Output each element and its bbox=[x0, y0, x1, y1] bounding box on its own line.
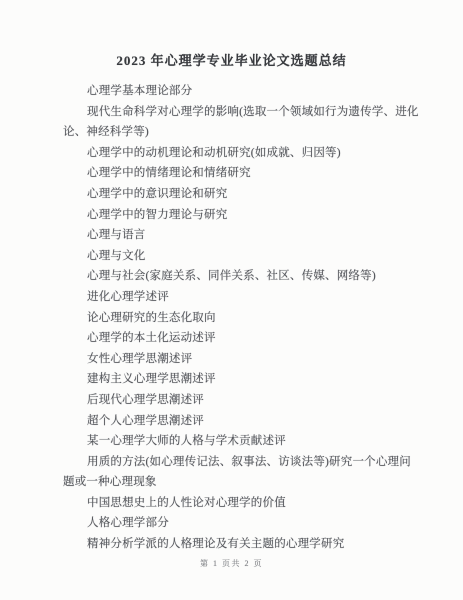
topic-item: 超个人心理学思潮述评 bbox=[63, 411, 421, 432]
topic-item: 后现代心理学思潮述评 bbox=[63, 390, 421, 411]
topic-item: 女性心理学思潮述评 bbox=[63, 349, 421, 370]
topic-item: 心理学中的智力理论与研究 bbox=[63, 205, 421, 226]
topic-item: 心理学中的意识理论和研究 bbox=[63, 184, 421, 205]
topic-item: 中国思想史上的人性论对心理学的价值 bbox=[63, 493, 421, 514]
topic-item: 精神分析学派的人格理论及有关主题的心理学研究 bbox=[63, 534, 421, 555]
topic-item: 论心理研究的生态化取向 bbox=[63, 308, 421, 329]
topic-item: 心理学中的动机理论和动机研究(如成就、归因等) bbox=[63, 143, 421, 164]
topic-item: 心理学基本理论部分 bbox=[63, 81, 421, 102]
topic-item: 心理与社会(家庭关系、同伴关系、社区、传媒、网络等) bbox=[63, 266, 421, 287]
topic-item: 心理与语言 bbox=[63, 225, 421, 246]
topic-item: 心理学的本土化运动述评 bbox=[63, 328, 421, 349]
topic-item: 某一心理学大师的人格与学术贡献述评 bbox=[63, 431, 421, 452]
document-page: 2023 年心理学专业毕业论文选题总结 心理学基本理论部分现代生命科学对心理学的… bbox=[0, 0, 463, 600]
topic-item: 心理与文化 bbox=[63, 246, 421, 267]
topic-item: 建构主义心理学思潮述评 bbox=[63, 369, 421, 390]
topic-item: 用质的方法(如心理传记法、叙事法、访谈法等)研究一个心理问题或一种心理现象 bbox=[63, 452, 421, 493]
topic-item: 人格心理学部分 bbox=[63, 513, 421, 534]
topic-list: 心理学基本理论部分现代生命科学对心理学的影响(选取一个领域如行为遗传学、进化论、… bbox=[0, 81, 421, 555]
page-number-footer: 第 1 页共 2 页 bbox=[0, 558, 463, 569]
document-title: 2023 年心理学专业毕业论文选题总结 bbox=[0, 0, 463, 70]
topic-item: 现代生命科学对心理学的影响(选取一个领域如行为遗传学、进化论、神经科学等) bbox=[63, 102, 421, 143]
topic-item: 心理学中的情绪理论和情绪研究 bbox=[63, 163, 421, 184]
topic-item: 进化心理学述评 bbox=[63, 287, 421, 308]
